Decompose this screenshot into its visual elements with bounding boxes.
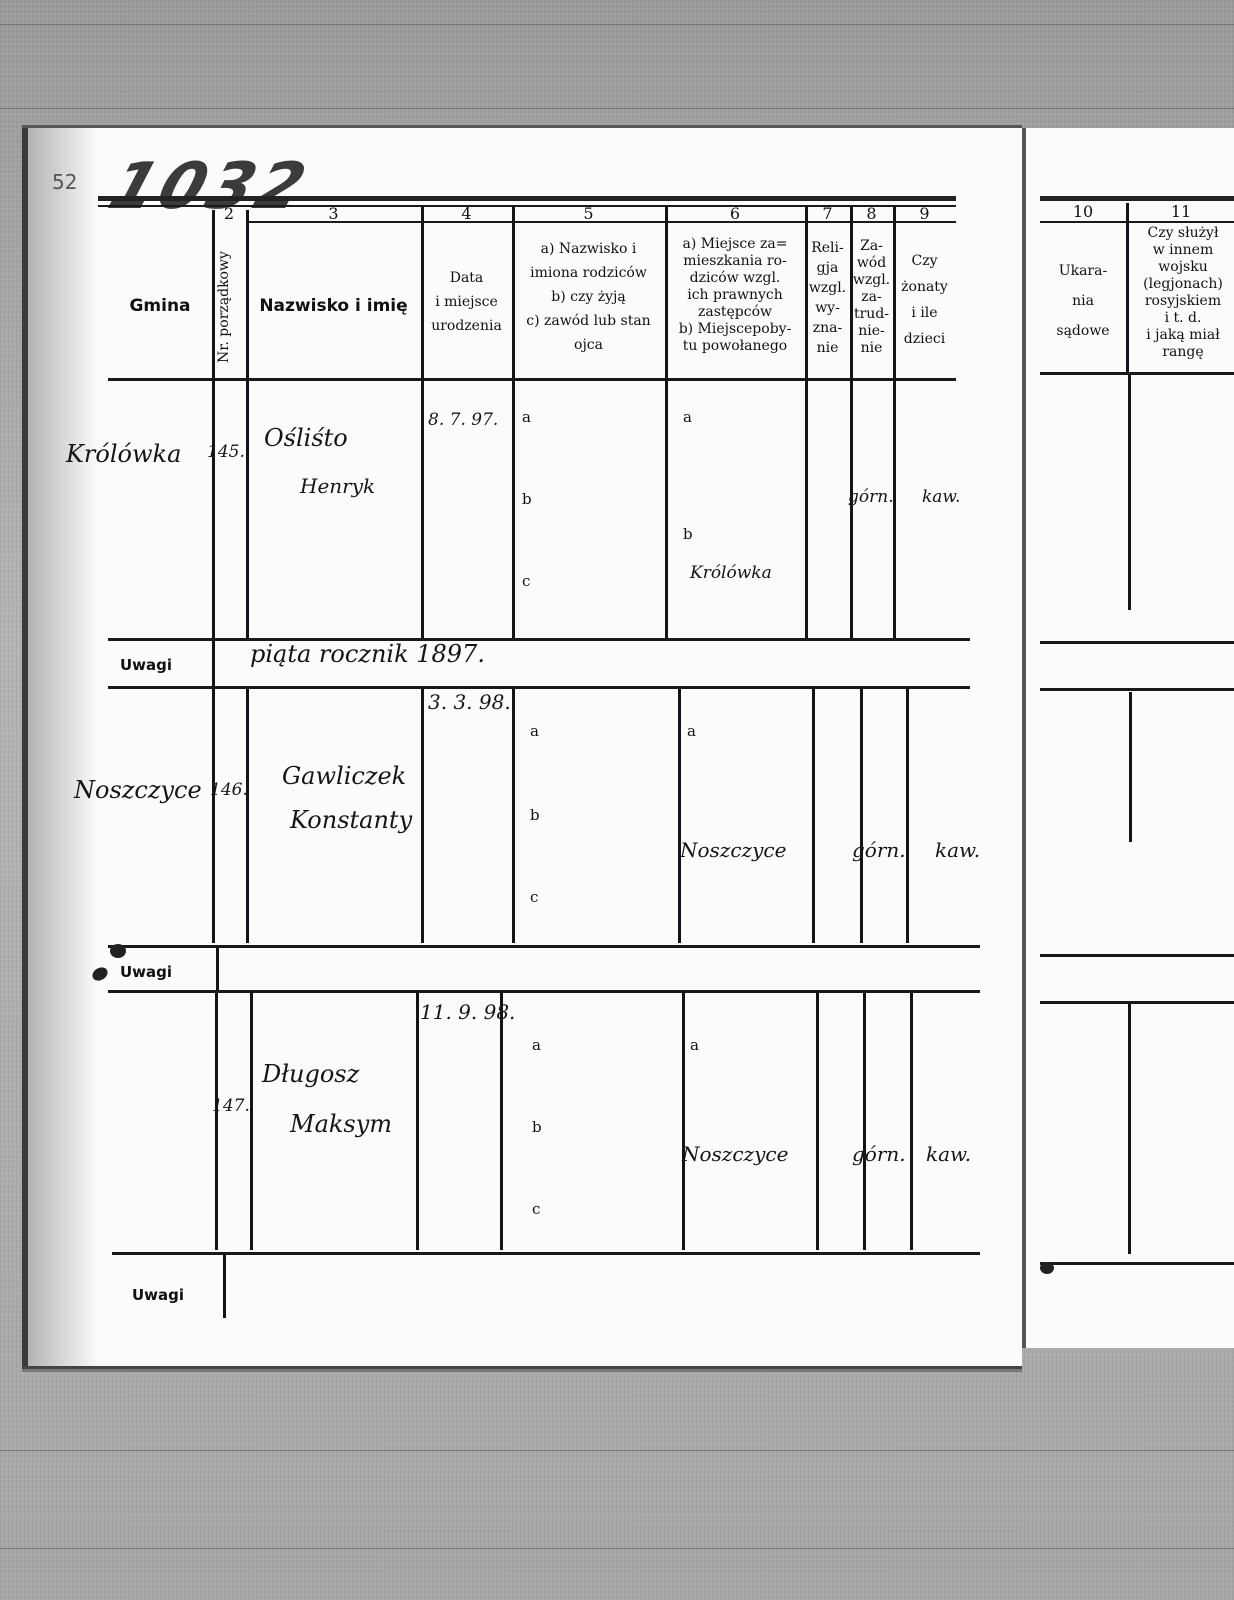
sub-label-a: a xyxy=(683,408,692,426)
entry-remarks: piąta rocznik 1897. xyxy=(250,640,485,668)
sub-label-c: c xyxy=(522,572,530,590)
header-bottom-rule xyxy=(108,378,956,381)
entry-occupation: górn. xyxy=(852,838,906,862)
entry-residence-b: Noszczyce xyxy=(680,838,786,862)
col-divider xyxy=(212,640,215,686)
col-divider xyxy=(863,992,866,1250)
header-data-miejsce-urodzenia: Data i miejsce urodzenia xyxy=(421,270,512,335)
header-miejsce-zamieszkania: a) Miejsce za= mieszkania ro- dziców wzg… xyxy=(665,236,805,355)
col-number-6: 6 xyxy=(665,204,805,223)
remarks-label: Uwagi xyxy=(132,1286,184,1304)
col-divider xyxy=(512,688,515,943)
header-rodzice: a) Nazwisko i imiona rodziców b) czy żyj… xyxy=(512,237,665,357)
ink-blot xyxy=(110,944,126,958)
entry-residence-b: Noszczyce xyxy=(682,1142,788,1166)
entry-married: kaw. xyxy=(935,838,980,862)
col-number-9: 9 xyxy=(893,204,956,223)
col-divider xyxy=(421,380,424,638)
entry-given-name: Konstanty xyxy=(290,806,412,834)
col-divider xyxy=(816,992,819,1250)
col-number-11: 11 xyxy=(1128,202,1234,221)
row-rule xyxy=(1040,641,1234,644)
entry-occupation: górn. xyxy=(852,1142,906,1166)
header-top-rule xyxy=(1040,196,1234,201)
row-rule xyxy=(108,945,980,948)
col-divider xyxy=(215,992,218,1250)
col-divider xyxy=(860,688,863,943)
sub-label-c: c xyxy=(530,888,538,906)
col-divider xyxy=(250,992,253,1250)
col-divider xyxy=(805,380,808,638)
row-rule xyxy=(108,638,970,641)
header-zawod: Za- wód wzgl. za- trud- nie- nie xyxy=(850,238,893,357)
col-number-2: 2 xyxy=(212,204,246,223)
scan-line xyxy=(0,24,1234,25)
header-czy-zonaty: Czy żonaty i ile dzieci xyxy=(893,248,956,352)
row-rule xyxy=(108,686,970,689)
sub-label-b: b xyxy=(530,806,540,824)
row-rule xyxy=(112,1252,980,1255)
remarks-label: Uwagi xyxy=(120,656,172,674)
col-divider xyxy=(216,947,219,991)
entry-nr: 147. xyxy=(212,1096,250,1116)
col-divider xyxy=(1128,1004,1131,1254)
header-ukarania-sadowe: Ukara- nia sądowe xyxy=(1040,256,1126,346)
col-divider xyxy=(212,380,215,638)
entry-birth-date: 11. 9. 98. xyxy=(420,1000,515,1024)
col-divider xyxy=(850,380,853,638)
col-divider xyxy=(416,992,419,1250)
col-number-7: 7 xyxy=(805,204,850,223)
entry-gmina: Królówka xyxy=(66,440,181,468)
entry-birth-date: 3. 3. 98. xyxy=(428,690,511,714)
col-divider xyxy=(1129,692,1132,842)
header-religja: Reli- gja wzgl. wy- zna- nie xyxy=(805,238,850,358)
scan-line xyxy=(0,1548,1234,1549)
entry-surname: Gawliczek xyxy=(282,762,406,790)
col-divider xyxy=(678,688,681,943)
header-nr-porzadkowy: Nr. porządkowy xyxy=(216,238,242,376)
col-divider xyxy=(910,992,913,1250)
sub-label-b: b xyxy=(532,1118,542,1136)
entry-married: kaw. xyxy=(922,487,960,507)
colnum-rule xyxy=(1040,221,1234,223)
col-divider xyxy=(906,688,909,943)
col-number-4: 4 xyxy=(421,204,512,223)
entry-surname: Długosz xyxy=(262,1060,359,1088)
col-number-5: 5 xyxy=(512,204,665,223)
header-bottom-rule xyxy=(1040,372,1234,375)
sub-label-a: a xyxy=(530,722,539,740)
col-number-3: 3 xyxy=(246,204,421,223)
header-czy-sluzyl: Czy służył w innem wojsku (legjonach) ro… xyxy=(1128,225,1234,361)
sub-label-b: b xyxy=(522,490,532,508)
col-divider xyxy=(1128,374,1131,610)
entry-married: kaw. xyxy=(926,1142,971,1166)
col-divider xyxy=(246,210,249,380)
col-divider xyxy=(893,380,896,638)
ink-blot xyxy=(1040,1262,1054,1274)
row-rule xyxy=(1040,1001,1234,1004)
entry-residence-b: Królówka xyxy=(690,563,772,583)
page-number: 52 xyxy=(52,170,77,194)
col-divider xyxy=(665,380,668,638)
scan-line xyxy=(0,108,1234,109)
col-divider xyxy=(212,688,215,943)
row-rule xyxy=(1040,954,1234,957)
sub-label-a: a xyxy=(690,1036,699,1054)
header-nazwisko-imie: Nazwisko i imię xyxy=(246,298,421,315)
col-number-8: 8 xyxy=(850,204,893,223)
entry-gmina: Noszczyce xyxy=(74,776,202,804)
entry-occupation: górn. xyxy=(848,487,894,507)
row-rule xyxy=(1040,1262,1234,1265)
header-gmina: Gmina xyxy=(108,298,212,315)
entry-nr: 146. xyxy=(210,780,248,800)
scan-line xyxy=(0,1450,1234,1451)
sub-label-c: c xyxy=(532,1200,540,1218)
col-divider xyxy=(512,380,515,638)
col-divider xyxy=(246,380,249,638)
remarks-label: Uwagi xyxy=(120,963,172,981)
entry-birth-date: 8. 7. 97. xyxy=(428,410,498,430)
col-divider xyxy=(212,210,215,380)
col-divider xyxy=(223,1254,226,1318)
entry-surname: Ośliśto xyxy=(264,424,348,452)
sub-label-b: b xyxy=(683,525,693,543)
row-rule xyxy=(108,990,980,993)
entry-nr: 145. xyxy=(207,442,245,462)
sub-label-a: a xyxy=(532,1036,541,1054)
sub-label-a: a xyxy=(522,408,531,426)
col-divider xyxy=(246,688,249,943)
header-top-rule xyxy=(98,196,956,201)
col-divider xyxy=(812,688,815,943)
col-divider xyxy=(500,992,503,1250)
col-divider xyxy=(682,992,685,1250)
col-number-10: 10 xyxy=(1040,202,1126,221)
row-rule xyxy=(1040,688,1234,691)
entry-given-name: Maksym xyxy=(290,1110,392,1138)
sub-label-a: a xyxy=(687,722,696,740)
entry-given-name: Henryk xyxy=(300,474,375,498)
col-divider xyxy=(421,688,424,943)
